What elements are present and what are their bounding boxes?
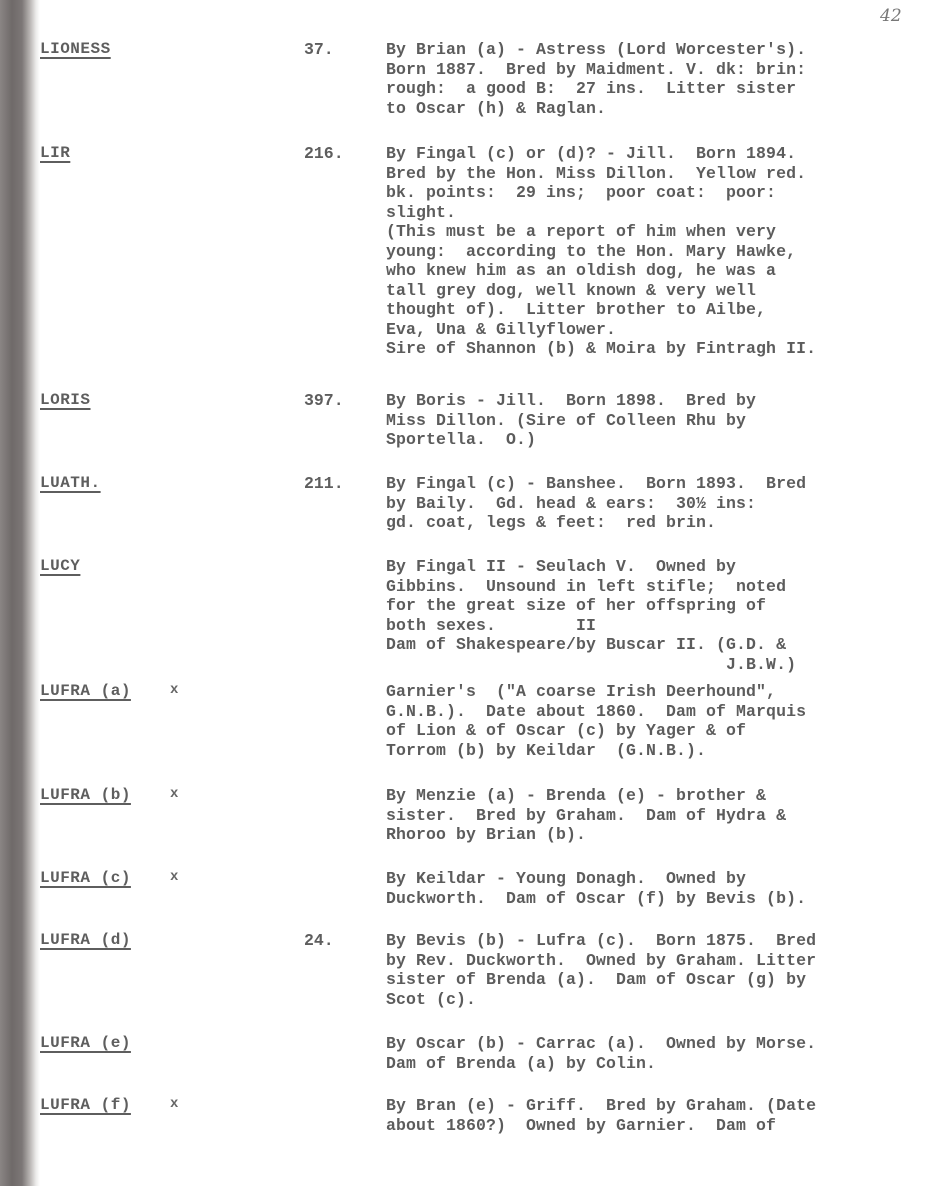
entry-name: LUATH. — [40, 474, 101, 492]
entry-number: 24. — [304, 931, 334, 950]
entry-description: By Fingal (c) or (d)? - Jill. Born 1894.… — [386, 144, 816, 359]
entry-mark: x — [170, 682, 178, 698]
entry-description: By Menzie (a) - Brenda (e) - brother & s… — [386, 786, 786, 845]
entry-name: LIONESS — [40, 40, 111, 58]
entry-description: By Keildar - Young Donagh. Owned by Duck… — [386, 869, 806, 908]
entry-name: LUFRA (d) — [40, 931, 131, 949]
entry-number: 211. — [304, 474, 344, 493]
entry-description: By Bran (e) - Griff. Bred by Graham. (Da… — [386, 1096, 816, 1135]
entry-number: 216. — [304, 144, 344, 163]
entry-name: LUFRA (a) — [40, 682, 131, 700]
entry-name: LUFRA (b) — [40, 786, 131, 804]
entry-name: LUFRA (c) — [40, 869, 131, 887]
entry-description: By Fingal II - Seulach V. Owned by Gibbi… — [386, 557, 796, 674]
entry-description: Garnier's ("A coarse Irish Deerhound", G… — [386, 682, 806, 760]
entry-number: 37. — [304, 40, 334, 59]
entry-description: By Brian (a) - Astress (Lord Worcester's… — [386, 40, 806, 118]
entry-name: LIR — [40, 144, 70, 162]
entry-name: LUFRA (f) — [40, 1096, 131, 1114]
entry-description: By Bevis (b) - Lufra (c). Born 1875. Bre… — [386, 931, 816, 1009]
entry-number: 397. — [304, 391, 344, 410]
entry-mark: x — [170, 786, 178, 802]
entry-name: LUFRA (e) — [40, 1034, 131, 1052]
entry-description: By Oscar (b) - Carrac (a). Owned by Mors… — [386, 1034, 816, 1073]
entry-mark: x — [170, 1096, 178, 1112]
entry-name: LORIS — [40, 391, 91, 409]
page-number: 42 — [880, 6, 902, 26]
entry-description: By Fingal (c) - Banshee. Born 1893. Bred… — [386, 474, 806, 533]
entry-name: LUCY — [40, 557, 80, 575]
entry-description: By Boris - Jill. Born 1898. Bred by Miss… — [386, 391, 756, 450]
entry-mark: x — [170, 869, 178, 885]
page-binding-shadow — [0, 0, 40, 1186]
